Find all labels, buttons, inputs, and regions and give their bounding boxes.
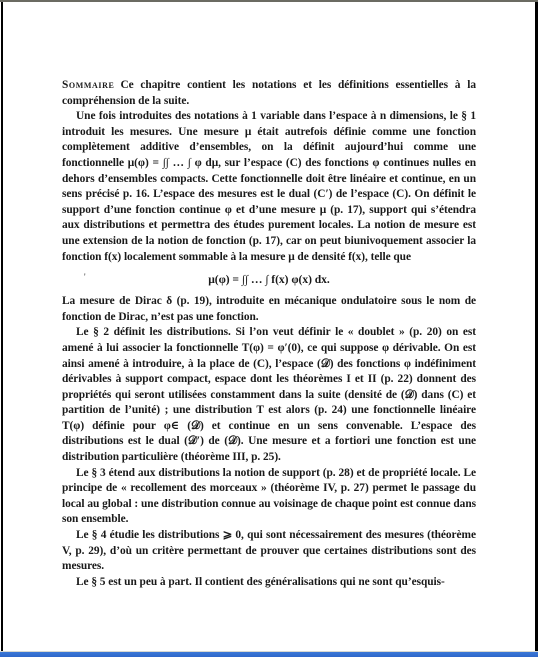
document-page: SommaireCe chapitre contient les notatio… (62, 78, 476, 590)
paragraph-support: Le § 3 étend aux distributions la notion… (62, 466, 476, 528)
summary-label: Sommaire (62, 79, 114, 91)
paragraph-generalisations: Le § 5 est un peu à part. Il contient de… (62, 575, 476, 591)
formula-measure-density: μ(φ) = ∫∫ … ∫ f(x) φ(x) dx. (62, 269, 476, 291)
summary-paragraph: SommaireCe chapitre contient les notatio… (62, 78, 476, 109)
stray-mark: ' (84, 272, 86, 282)
paragraph-positive-distributions: Le § 4 étudie les distributions ⩾ 0, qui… (62, 528, 476, 575)
paragraph-dirac: La mesure de Dirac δ (p. 19), introduite… (62, 294, 476, 325)
page-left-border (1, 2, 3, 652)
taskbar-strip (0, 652, 538, 657)
paragraph-measures: Une fois introduites des notations à 1 v… (62, 109, 476, 265)
paragraph-distributions: Le § 2 définit les distributions. Si l’o… (62, 325, 476, 465)
window-top-edge (0, 0, 538, 2)
summary-text: Ce chapitre contient les notations et le… (62, 79, 476, 107)
